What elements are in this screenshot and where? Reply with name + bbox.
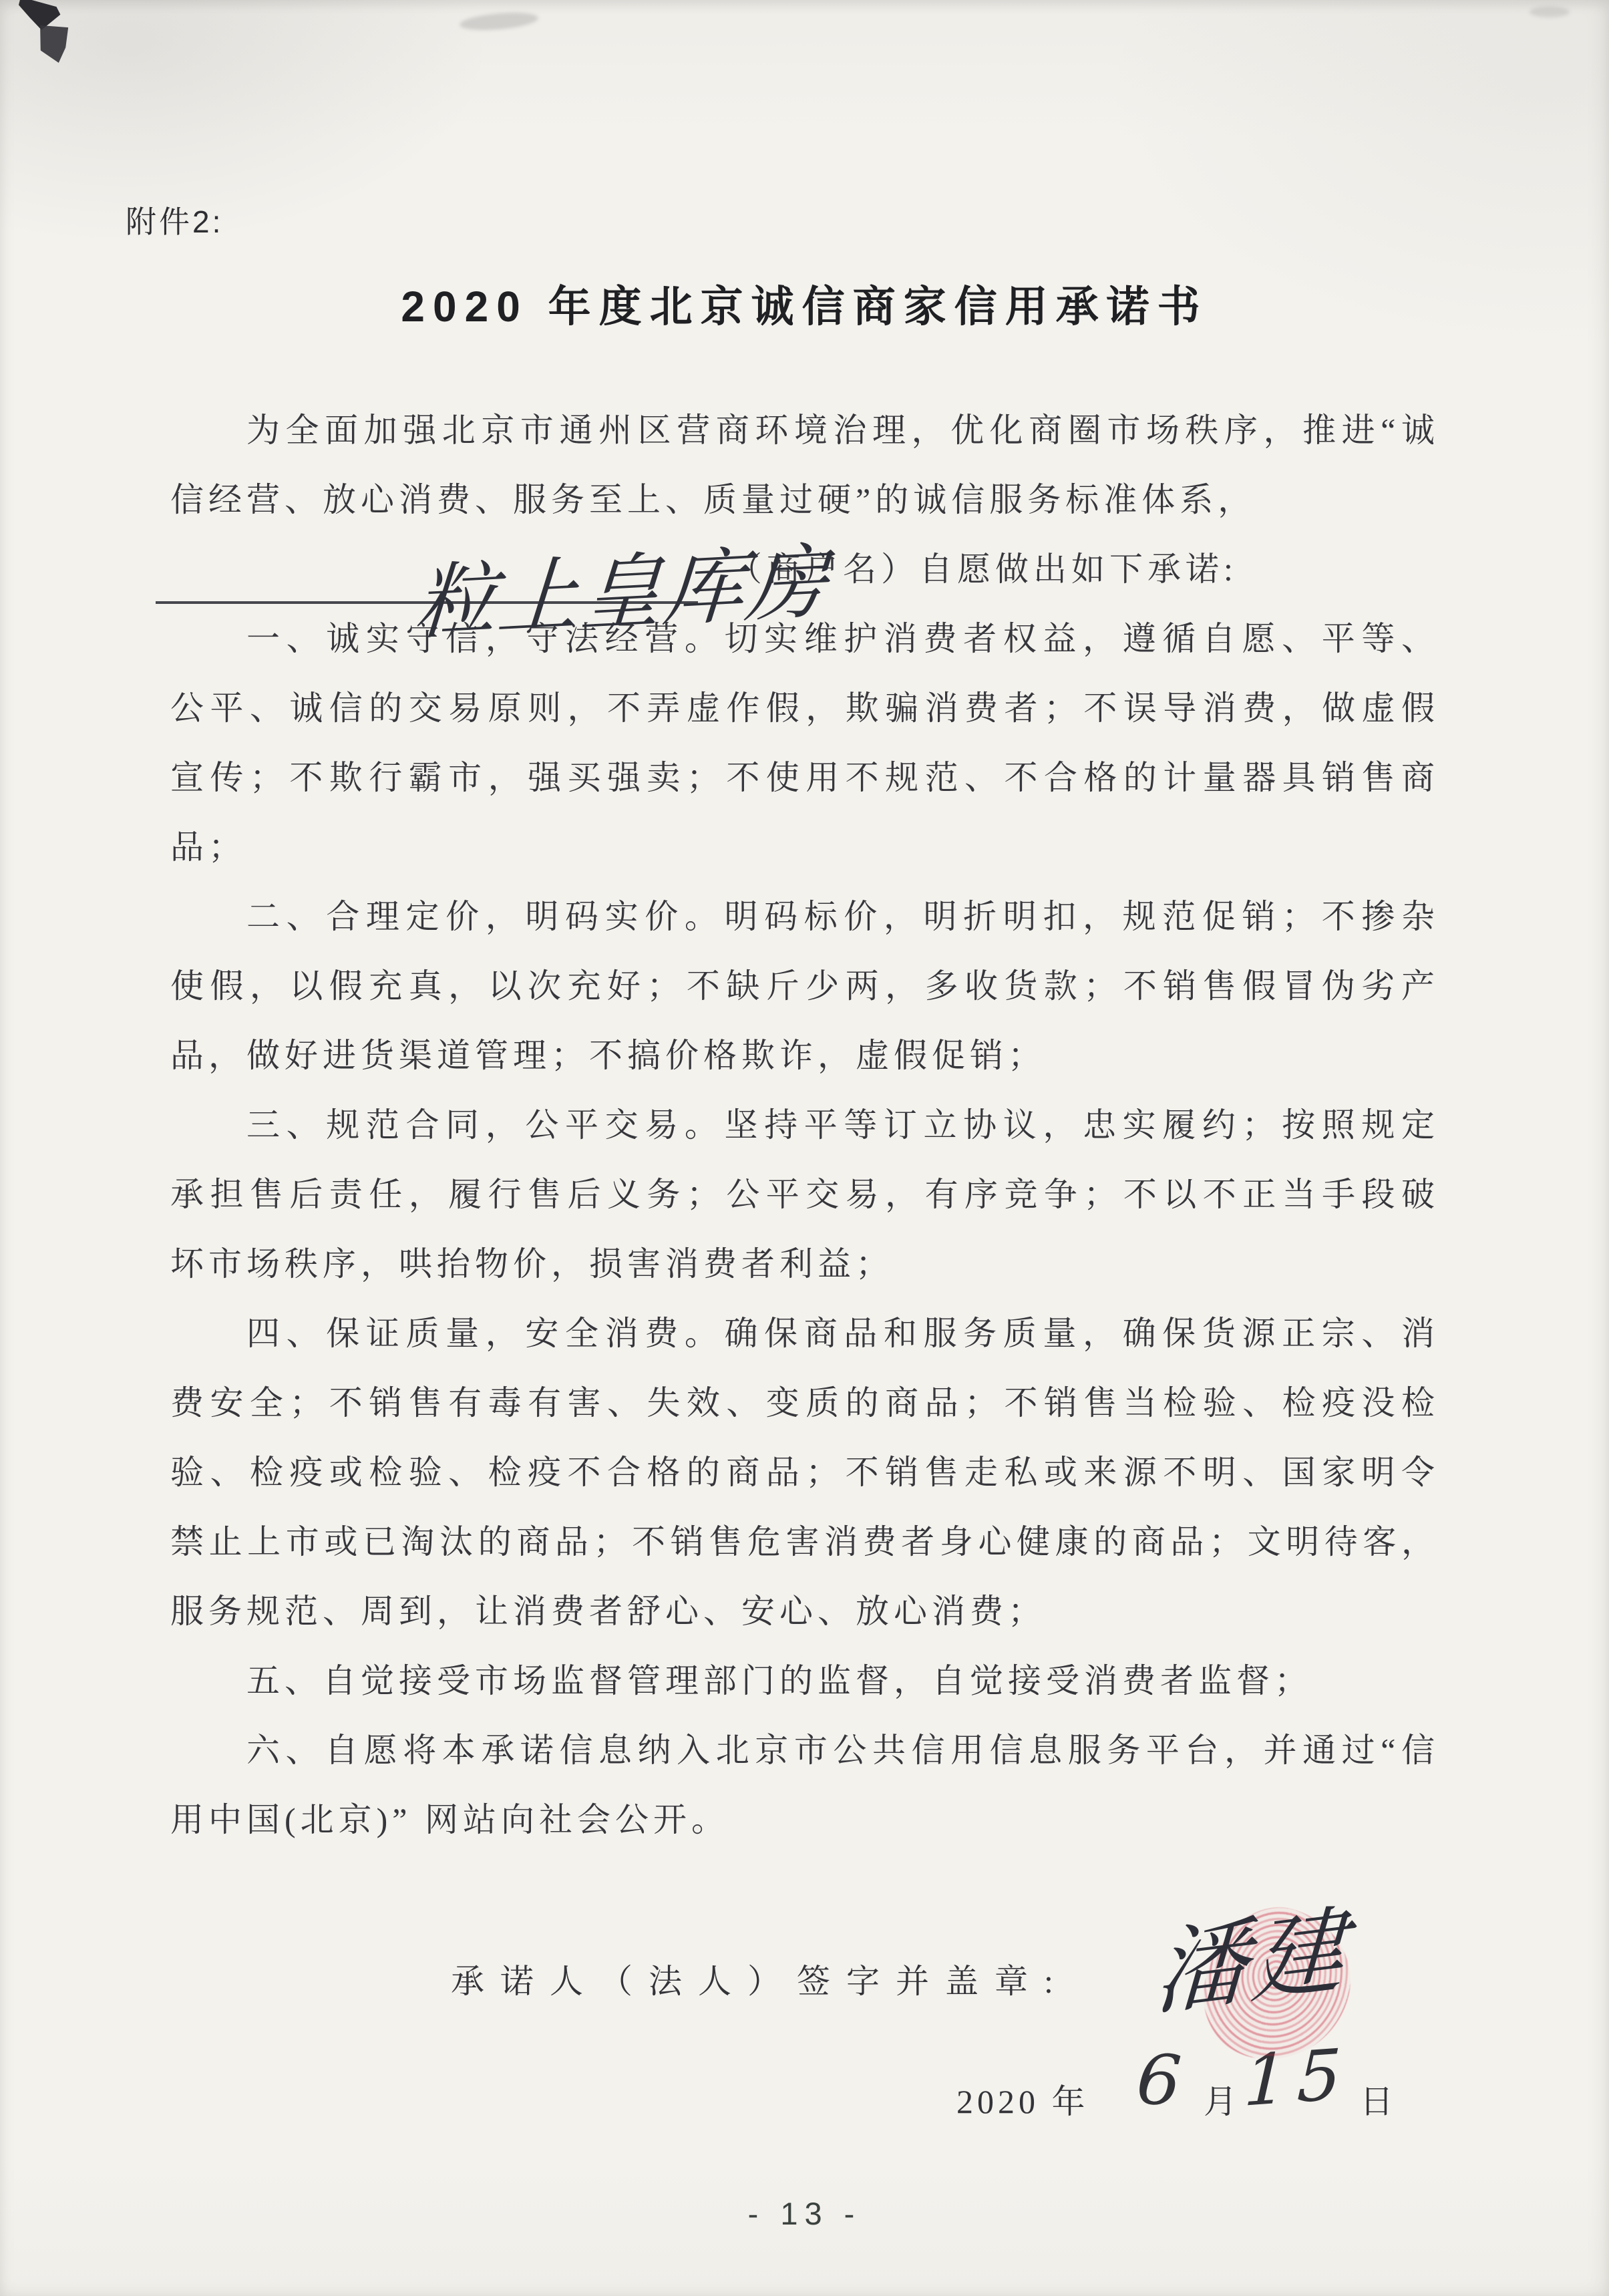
signature-label: 承诺人（法人）签字并盖章:: [451, 1955, 1069, 2003]
commitment-6-line: 用中国(北京)” 网站向社会公开。: [170, 1785, 1439, 1854]
document-body: 为全面加强北京市通州区营商环境治理，优化商圈市场秩序，推进“诚 信经营、放心消费…: [170, 395, 1439, 1854]
commitment-4-line: 费安全；不销售有毒有害、失效、变质的商品；不销售当检验、检疫没检: [170, 1368, 1439, 1438]
merchant-name-handwriting: 粒上皇库房: [412, 540, 832, 644]
document-title: 2020 年度北京诚信商家信用承诺书: [0, 273, 1609, 334]
intro-line-2: 信经营、放心消费、服务至上、质量过硬”的诚信服务标准体系，: [170, 465, 1439, 534]
commitment-4-line: 禁止上市或已淘汰的商品；不销售危害消费者身心健康的商品；文明待客，: [170, 1507, 1439, 1577]
merchant-name-line: 粒上皇库房 （商户名）自愿做出如下承诺:: [170, 534, 1439, 604]
commitment-1-line: 品；: [170, 812, 1439, 882]
scanned-document-page: 附件2: 2020 年度北京诚信商家信用承诺书 为全面加强北京市通州区营商环境治…: [0, 0, 1609, 2296]
signature-handwriting: 潘建: [1152, 1903, 1351, 2022]
commitment-1-line: 宣传；不欺行霸市，强买强卖；不使用不规范、不合格的计量器具销售商: [170, 743, 1439, 812]
commitment-3-line: 坏市场秩序，哄抬物价，损害消费者利益；: [170, 1229, 1439, 1299]
scan-smudge-artifact: [459, 10, 539, 33]
date-day-label: 日: [1360, 2075, 1397, 2123]
commitment-4-line: 服务规范、周到，让消费者舒心、安心、放心消费；: [170, 1577, 1439, 1646]
commitment-4-line: 四、保证质量，安全消费。确保商品和服务质量，确保货源正宗、消: [170, 1299, 1439, 1368]
date-year: 2020 年: [956, 2075, 1089, 2123]
commitment-6-line: 六、自愿将本承诺信息纳入北京市公共信用信息服务平台，并通过“信: [170, 1715, 1439, 1785]
attachment-label: 附件2:: [126, 198, 223, 242]
page-number: - 13 -: [0, 2195, 1609, 2232]
intro-line-1: 为全面加强北京市通州区营商环境治理，优化商圈市场秩序，推进“诚: [170, 395, 1439, 465]
scan-smudge-artifact: [1530, 7, 1570, 17]
commitment-2-line: 使假，以假充真，以次充好；不缺斤少两，多收货款；不销售假冒伪劣产: [170, 951, 1439, 1021]
commitment-1-line: 公平、诚信的交易原则，不弄虚作假，欺骗消费者；不误导消费，做虚假: [170, 673, 1439, 743]
date-month-handwriting: 6: [1134, 2044, 1187, 2117]
date-month-label: 月: [1204, 2075, 1241, 2123]
commitment-2-line: 二、合理定价，明码实价。明码标价，明折明扣，规范促销；不掺杂: [170, 882, 1439, 951]
commitment-4-line: 验、检疫或检验、检疫不合格的商品；不销售走私或来源不明、国家明令: [170, 1438, 1439, 1507]
commitment-5-line: 五、自觉接受市场监督管理部门的监督，自觉接受消费者监督；: [170, 1646, 1439, 1715]
commitment-2-line: 品，做好进货渠道管理；不搞价格欺诈，虚假促销；: [170, 1021, 1439, 1090]
commitment-3-line: 三、规范合同，公平交易。坚持平等订立协议，忠实履约；按照规定: [170, 1090, 1439, 1160]
merchant-name-blank-underline: 粒上皇库房: [156, 552, 698, 604]
commitment-3-line: 承担售后责任，履行售后义务；公平交易，有序竞争；不以不正当手段破: [170, 1160, 1439, 1229]
